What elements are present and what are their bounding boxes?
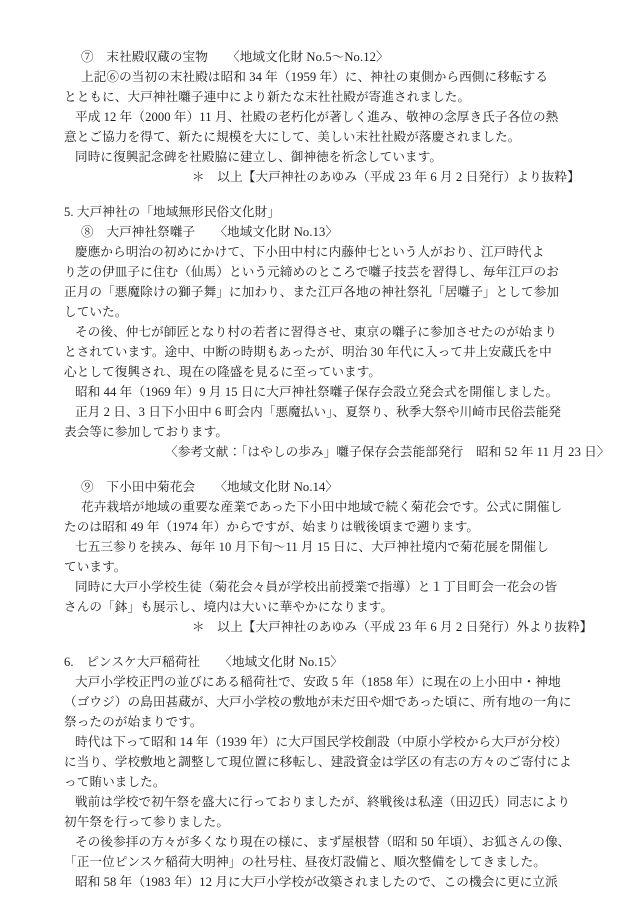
- text-line: さんの「鉢」も展示し、境内は大いに華やかになります。: [64, 597, 577, 617]
- text-line: ＊ 以上【大戸神社のあゆみ（平成 23 年 6 月 2 日発行）より抜粋】: [192, 167, 577, 187]
- text-line: たのは昭和 49 年（1974 年）からですが、始まりは戦後頃まで遡ります。: [64, 517, 577, 537]
- document-text-block: ⑦ 末社殿収蔵の宝物 〈地域文化財 No.5～No.12〉上記⑥の当初の末社殿は…: [64, 47, 577, 892]
- text-line: 花卉栽培が地域の重要な産業であった下小田中地域で続く菊花会です。公式に開催し: [81, 497, 577, 517]
- text-line: に当り、学校敷地と調整して現位置に移転し、建設資金は学区の有志の方々のご寄付によ: [64, 752, 577, 772]
- blank-line: [64, 187, 577, 202]
- text-line: 同時に復興記念碑を社殿脇に建立し、御神徳を祈念しています。: [75, 147, 577, 167]
- text-line: 大戸小学校正門の並びにある稲荷社で、安政 5 年（1858 年）に現在の上小田中…: [75, 672, 577, 692]
- text-line: その後、仲七が師匠となり村の若者に習得させ、東京の囃子に参加させたのが始まり: [75, 322, 577, 342]
- text-line: （ゴウジ）の島田甚蔵が、大戸小学校の敷地が未だ田や畑であった頃に、所有地の一角に: [64, 692, 577, 712]
- blank-line: [64, 462, 577, 477]
- text-line: 同時に大戸小学校生徒（菊花会々員が学校出前授業で指導）と１丁目町会一花会の皆: [75, 577, 577, 597]
- text-line: 表会等に参加しております。: [64, 422, 577, 442]
- text-line: 6. ピンスケ大戸稲荷社 〈地域文化財 No.15〉: [64, 652, 577, 672]
- text-line: その後参拝の方々が多くなり現在の様に、まず屋根替（昭和 50 年頃）、お狐さんの…: [75, 832, 577, 852]
- text-line: ＊ 以上【大戸神社のあゆみ（平成 23 年 6 月 2 日発行）外より抜粋】: [192, 617, 577, 637]
- text-line: 意とご協力を得て、新たに規模を大にして、美しい末社社殿が落慶されました。: [64, 127, 577, 147]
- text-line: 昭和 58 年（1983 年）12 月に大戸小学校が改築されましたので、この機会…: [75, 872, 577, 892]
- text-line: 戦前は学校で初午祭を盛大に行っておりましたが、終戦後は私達（田辺氏）同志により: [75, 792, 577, 812]
- text-line: ⑦ 末社殿収蔵の宝物 〈地域文化財 No.5～No.12〉: [81, 47, 577, 67]
- text-line: ⑨ 下小田中菊花会 〈地域文化財 No.14〉: [81, 477, 577, 497]
- text-line: 「正一位ピンスケ稲荷大明神」の社号柱、昼夜灯設備と、順次整備をしてきました。: [64, 852, 577, 872]
- blank-line: [64, 637, 577, 652]
- text-line: 上記⑥の当初の末社殿は昭和 34 年（1959 年）に、神社の東側から西側に移転…: [81, 67, 577, 87]
- text-line: ています。: [64, 557, 577, 577]
- text-line: 時代は下って昭和 14 年（1939 年）に大戸国民学校創設（中原小学校から大戸…: [75, 732, 577, 752]
- text-line: 正月 2 日、3 日下小田中 6 町会内「悪魔払い」、夏祭り、秋季大祭や川崎市民…: [75, 402, 577, 422]
- text-line: していた。: [64, 302, 577, 322]
- text-line: ⑧ 大戸神社祭囃子 〈地域文化財 No.13〉: [81, 222, 577, 242]
- text-line: り芝の伊皿子に住む（仙馬）という元締めのところで囃子技芸を習得し、毎年江戸のお: [64, 262, 577, 282]
- text-line: 初午祭を行って参りました。: [64, 812, 577, 832]
- text-line: 昭和 44 年（1969 年）9 月 15 日に大戸神社祭囃子保存会設立発会式を…: [75, 382, 577, 402]
- text-line: 5. 大戸神社の「地域無形民俗文化財」: [64, 202, 577, 222]
- text-line: 正月の「悪魔除けの獅子舞」に加わり、また江戸各地の神社祭礼「居囃子」として参加: [64, 282, 577, 302]
- text-line: とされています。途中、中断の時期もあったが、明治 30 年代に入って井上安蔵氏を…: [64, 342, 577, 362]
- text-line: 祭ったのが始まりです。: [64, 712, 577, 732]
- text-line: 七五三参りを挟み、毎年 10 月下旬～11 月 15 日に、大戸神社境内で菊花展…: [75, 537, 577, 557]
- text-line: 心として復興され、現在の隆盛を見るに至っています。: [64, 362, 577, 382]
- text-line: 慶應から明治の初めにかけて、下小田中村に内藤仲七という人がおり、江戸時代よ: [75, 242, 577, 262]
- text-line: 平成 12 年（2000 年）11 月、社殿の老朽化が著しく進み、敬神の念厚き氏…: [75, 107, 577, 127]
- text-line: って賄いました。: [64, 772, 577, 792]
- text-line: 〈参考文献：「はやしの歩み」囃子保存会芸能部発行 昭和 52 年 11 月 23…: [165, 442, 577, 462]
- text-line: とともに、大戸神社囃子連中により新たな末社社殿が寄進されました。: [64, 87, 577, 107]
- document-page: ⑦ 末社殿収蔵の宝物 〈地域文化財 No.5～No.12〉上記⑥の当初の末社殿は…: [0, 0, 640, 901]
